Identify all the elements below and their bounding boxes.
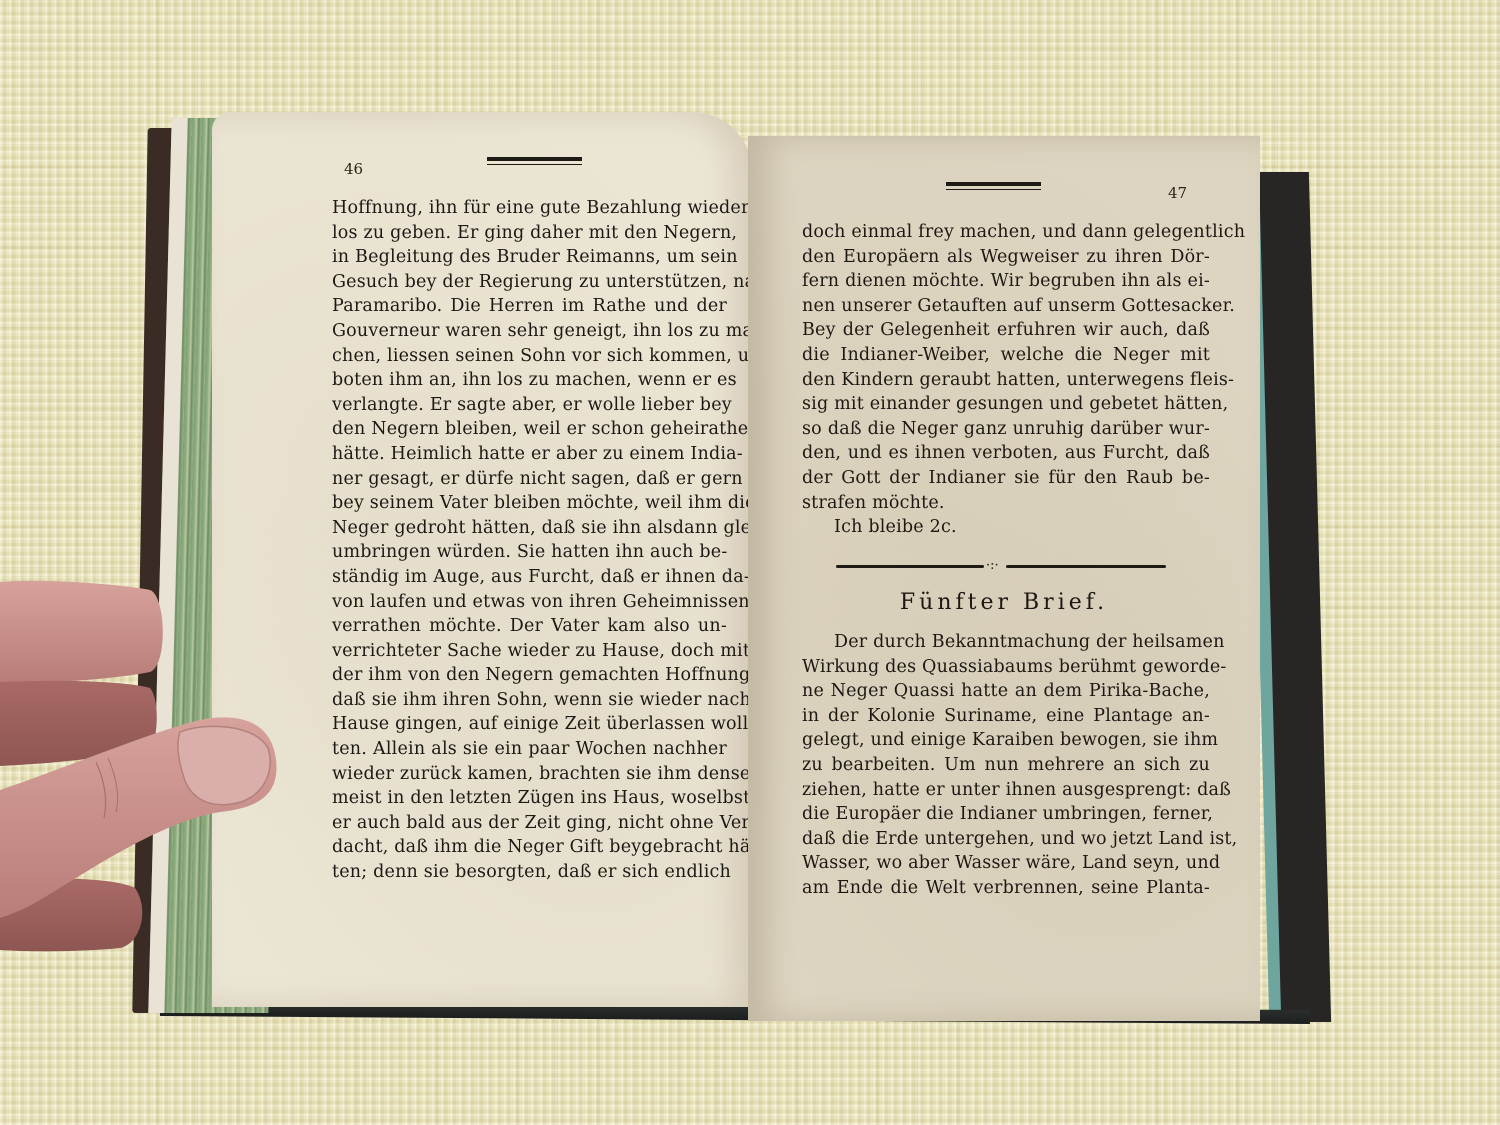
text-line: dacht, daß ihm die Neger Gift beygebrach… <box>332 835 727 860</box>
text-line: von laufen und etwas von ihren Geheimnis… <box>332 590 727 615</box>
header-rule <box>487 157 582 165</box>
text-line: verlangte. Er sagte aber, er wolle liebe… <box>332 393 727 418</box>
text-line: meist in den letzten Zügen ins Haus, wos… <box>332 786 727 811</box>
text-line: umbringen würden. Sie hatten ihn auch be… <box>332 540 727 565</box>
text-line: Gouverneur waren sehr geneigt, ihn los z… <box>332 319 727 344</box>
header-rule <box>946 182 1041 190</box>
text-line: Hoffnung, ihn für eine gute Bezahlung wi… <box>332 196 727 221</box>
text-line: Bey der Gelegenheit erfuhren wir auch, d… <box>802 318 1210 343</box>
text-line: bey seinem Vater bleiben möchte, weil ih… <box>332 491 727 516</box>
text-line: strafen möchte. <box>802 491 1210 516</box>
text-line: daß die Erde untergehen, und wo jetzt La… <box>802 827 1210 852</box>
text-line: Der durch Bekanntmachung der heilsamen <box>802 630 1210 655</box>
text-line: verrichteter Sache wieder zu Hause, doch… <box>332 639 727 664</box>
text-line: daß sie ihm ihren Sohn, wenn sie wieder … <box>332 688 727 713</box>
text-line: so daß die Neger ganz unruhig darüber wu… <box>802 417 1210 442</box>
text-line: zu bearbeiten. Um nun mehrere an sich zu <box>802 753 1210 778</box>
text-line: Wasser, wo aber Wasser wäre, Land seyn, … <box>802 851 1210 876</box>
text-line: ständig im Auge, aus Furcht, daß er ihne… <box>332 565 727 590</box>
text-line: in Begleitung des Bruder Reimanns, um se… <box>332 245 727 270</box>
text-line: den Negern bleiben, weil er schon geheir… <box>332 417 727 442</box>
text-line: doch einmal frey machen, und dann gelege… <box>802 220 1210 245</box>
text-line: ner gesagt, er dürfe nicht sagen, daß er… <box>332 467 727 492</box>
right-page: 47 doch einmal frey machen, und dann gel… <box>748 136 1260 1021</box>
chapter-text: Der durch Bekanntmachung der heilsamenWi… <box>802 630 1210 901</box>
text-line: fern dienen möchte. Wir begruben ihn als… <box>802 269 1210 294</box>
text-line: am Ende die Welt verbrennen, seine Plant… <box>802 876 1210 901</box>
text-line: den Kindern geraubt hatten, unterwegens … <box>802 368 1210 393</box>
left-page-text: Hoffnung, ihn für eine gute Bezahlung wi… <box>332 196 727 885</box>
text-line: Gesuch bey der Regierung zu unterstützen… <box>332 270 727 295</box>
text-line: er auch bald aus der Zeit ging, nicht oh… <box>332 811 727 836</box>
text-line: los zu geben. Er ging daher mit den Nege… <box>332 221 727 246</box>
text-line: der Gott der Indianer sie für den Raub b… <box>802 466 1210 491</box>
text-line: hätte. Heimlich hatte er aber zu einem I… <box>332 442 727 467</box>
text-line: Wirkung des Quassiabaums berühmt geworde… <box>802 655 1210 680</box>
text-line: die Europäer die Indianer umbringen, fer… <box>802 802 1210 827</box>
chapter-divider-ornament: ·:· <box>836 562 1166 572</box>
text-line: wieder zurück kamen, brachten sie ihm de… <box>332 762 727 787</box>
text-line: Paramaribo. Die Herren im Rathe und der <box>332 294 727 319</box>
left-page: 46 Hoffnung, ihn für eine gute Bezahlung… <box>212 112 752 1007</box>
text-line: ten. Allein als sie ein paar Wochen nach… <box>332 737 727 762</box>
text-line: nen unserer Getauften auf unserm Gottesa… <box>802 294 1210 319</box>
text-line: in der Kolonie Suriname, eine Plantage a… <box>802 704 1210 729</box>
text-line: ne Neger Quassi hatte an dem Pirika-Bach… <box>802 679 1210 704</box>
text-line: sig mit einander gesungen und gebetet hä… <box>802 392 1210 417</box>
text-line: die Indianer-Weiber, welche die Neger mi… <box>802 343 1210 368</box>
text-line: ziehen, hatte er unter ihnen ausgespreng… <box>802 778 1210 803</box>
page-number-left: 46 <box>344 160 363 178</box>
text-line: Hause gingen, auf einige Zeit überlassen… <box>332 712 727 737</box>
text-line: chen, liessen seinen Sohn vor sich komme… <box>332 344 727 369</box>
text-line: Neger gedroht hätten, daß sie ihn alsdan… <box>332 516 727 541</box>
text-line: gelegt, und einige Karaiben bewogen, sie… <box>802 728 1210 753</box>
text-line: ten; denn sie besorgten, daß er sich end… <box>332 860 727 885</box>
text-line: den, und es ihnen verboten, aus Furcht, … <box>802 441 1210 466</box>
text-line: der ihm von den Negern gemachten Hoffnun… <box>332 663 727 688</box>
text-line: den Europäern als Wegweiser zu ihren Dör… <box>802 245 1210 270</box>
right-page-text: doch einmal frey machen, und dann gelege… <box>802 220 1210 540</box>
chapter-title: Fünfter Brief. <box>748 590 1260 615</box>
text-line: verrathen möchte. Der Vater kam also un- <box>332 614 727 639</box>
letter-closing: Ich bleibe 2c. <box>802 515 1210 540</box>
page-number-right: 47 <box>1168 184 1187 202</box>
text-line: boten ihm an, ihn los zu machen, wenn er… <box>332 368 727 393</box>
